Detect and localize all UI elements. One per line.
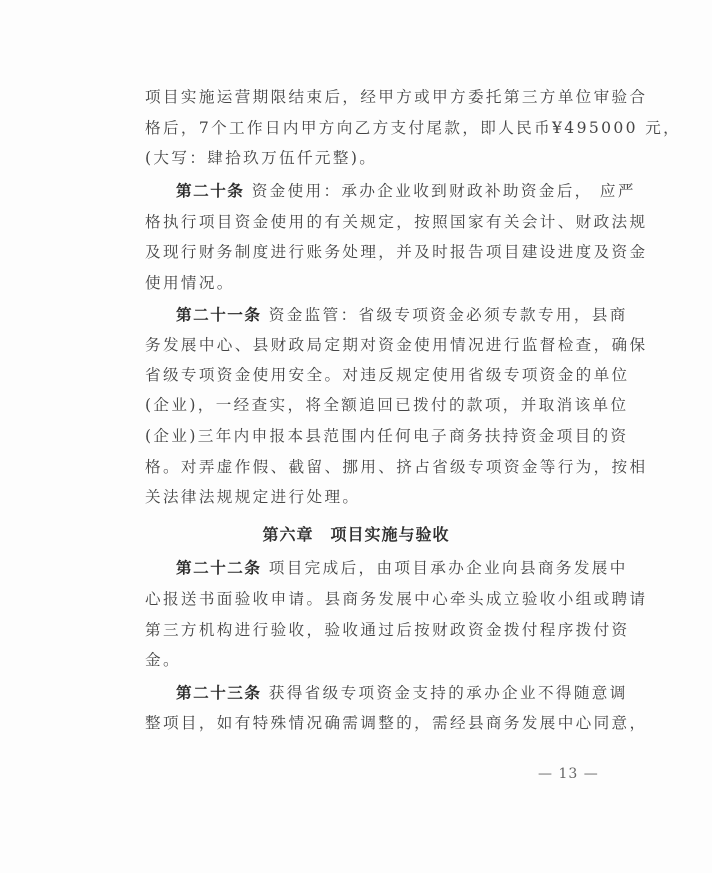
article-21-title: 第二十一条 [176, 305, 261, 324]
article-21-first-line: 第二十一条 资金监管：省级专项资金必须专款专用，县商 [176, 305, 597, 325]
text-line: 及现行财务制度进行账务处理，并及时报告项目建设进度及资金 [145, 242, 597, 262]
document-page: 项目实施运营期限结束后，经甲方或甲方委托第三方单位审验合 格后，7个工作日内甲方… [0, 0, 712, 873]
text-line: 务发展中心、县财政局定期对资金使用情况进行监督检查，确保 [145, 335, 597, 355]
article-23-title: 第二十三条 [176, 683, 261, 702]
text-line: 心报送书面验收申请。县商务发展中心牵头成立验收小组或聘请 [145, 589, 597, 609]
text-line: (大写：肆拾玖万伍仟元整)。 [145, 148, 597, 168]
page-number: — 13 — [538, 766, 599, 782]
text-line: 格后，7个工作日内甲方向乙方支付尾款，即人民币¥495000 元， [145, 118, 597, 138]
text-line: 格执行项目资金使用的有关规定，按照国家有关会计、财政法规 [145, 212, 597, 232]
text-line: 关法律法规规定进行处理。 [145, 487, 597, 507]
text-line: 第三方机构进行验收，验收通过后按财政资金拨付程序拨付资 [145, 620, 597, 640]
chapter-heading: 第六章 项目实施与验收 [0, 522, 712, 545]
text-line: 项目实施运营期限结束后，经甲方或甲方委托第三方单位审验合 [145, 87, 597, 107]
text-line: 格。对弄虚作假、截留、挪用、挤占省级专项资金等行为，按相 [145, 457, 597, 477]
article-20-title: 第二十条 [176, 181, 244, 200]
text-line: 使用情况。 [145, 273, 597, 293]
article-23-first-line: 第二十三条 获得省级专项资金支持的承办企业不得随意调 [176, 683, 597, 703]
article-20-first-line: 第二十条 资金使用：承办企业收到财政补助资金后， 应严 [176, 181, 597, 201]
text-line: (企业)三年内申报本县范围内任何电子商务扶持资金项目的资 [145, 426, 597, 446]
article-22-title: 第二十二条 [176, 558, 261, 577]
article-22-first-line: 第二十二条 项目完成后，由项目承办企业向县商务发展中 [176, 558, 597, 578]
text-line: 金。 [145, 650, 597, 670]
text-line: (企业)，一经查实，将全额追回已拨付的款项，并取消该单位 [145, 395, 597, 415]
text-line: 省级专项资金使用安全。对违反规定使用省级专项资金的单位 [145, 365, 597, 385]
text-line: 整项目，如有特殊情况确需调整的，需经县商务发展中心同意， [145, 713, 597, 733]
